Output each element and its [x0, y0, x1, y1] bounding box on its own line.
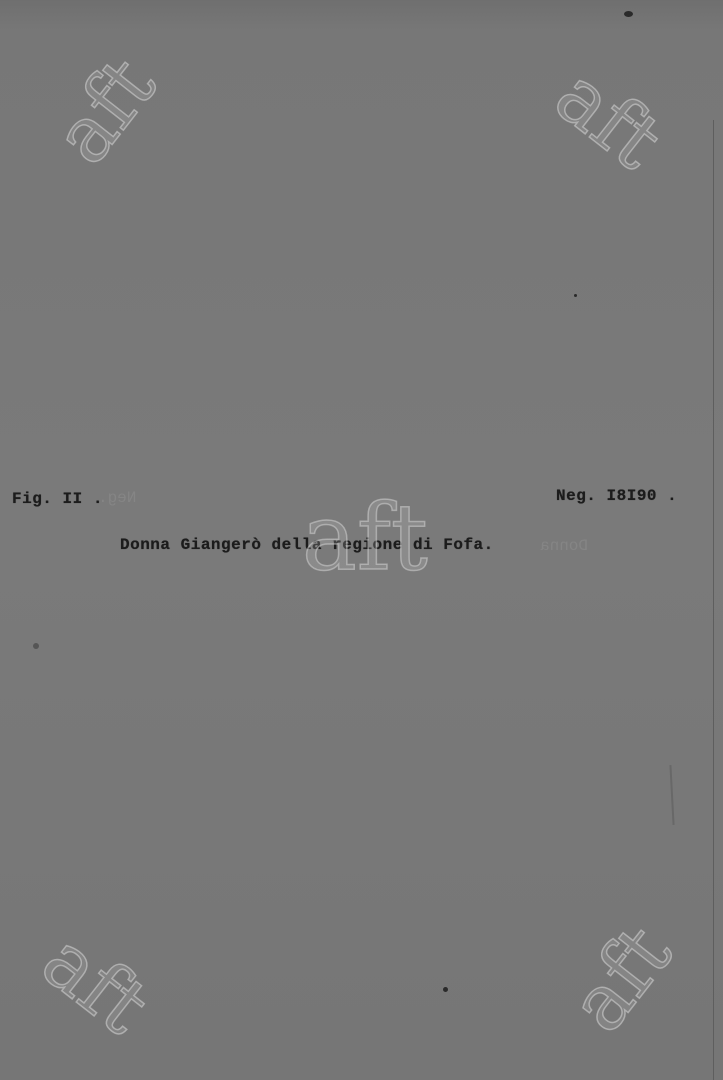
watermark-aft: aft [558, 913, 685, 1045]
bleed-through-text: Neg. [98, 489, 136, 507]
dust-speck [574, 294, 577, 297]
dust-speck [624, 11, 633, 17]
watermark-aft: aft [302, 492, 428, 584]
scratch-mark [669, 765, 674, 825]
negative-number: Neg. I8I90 . [556, 487, 677, 505]
card-edge-line [713, 120, 714, 1080]
bleed-through-text: Donna [540, 537, 588, 555]
dust-speck [443, 987, 448, 992]
scanned-card: aft aft aft aft Neg. Donna Fig. II . Neg… [0, 0, 723, 1080]
dust-speck [33, 643, 39, 649]
watermark-aft: aft [29, 920, 161, 1047]
figure-label: Fig. II . [12, 490, 103, 508]
watermark-aft: aft [42, 45, 169, 177]
watermark-aft: aft [542, 55, 674, 182]
